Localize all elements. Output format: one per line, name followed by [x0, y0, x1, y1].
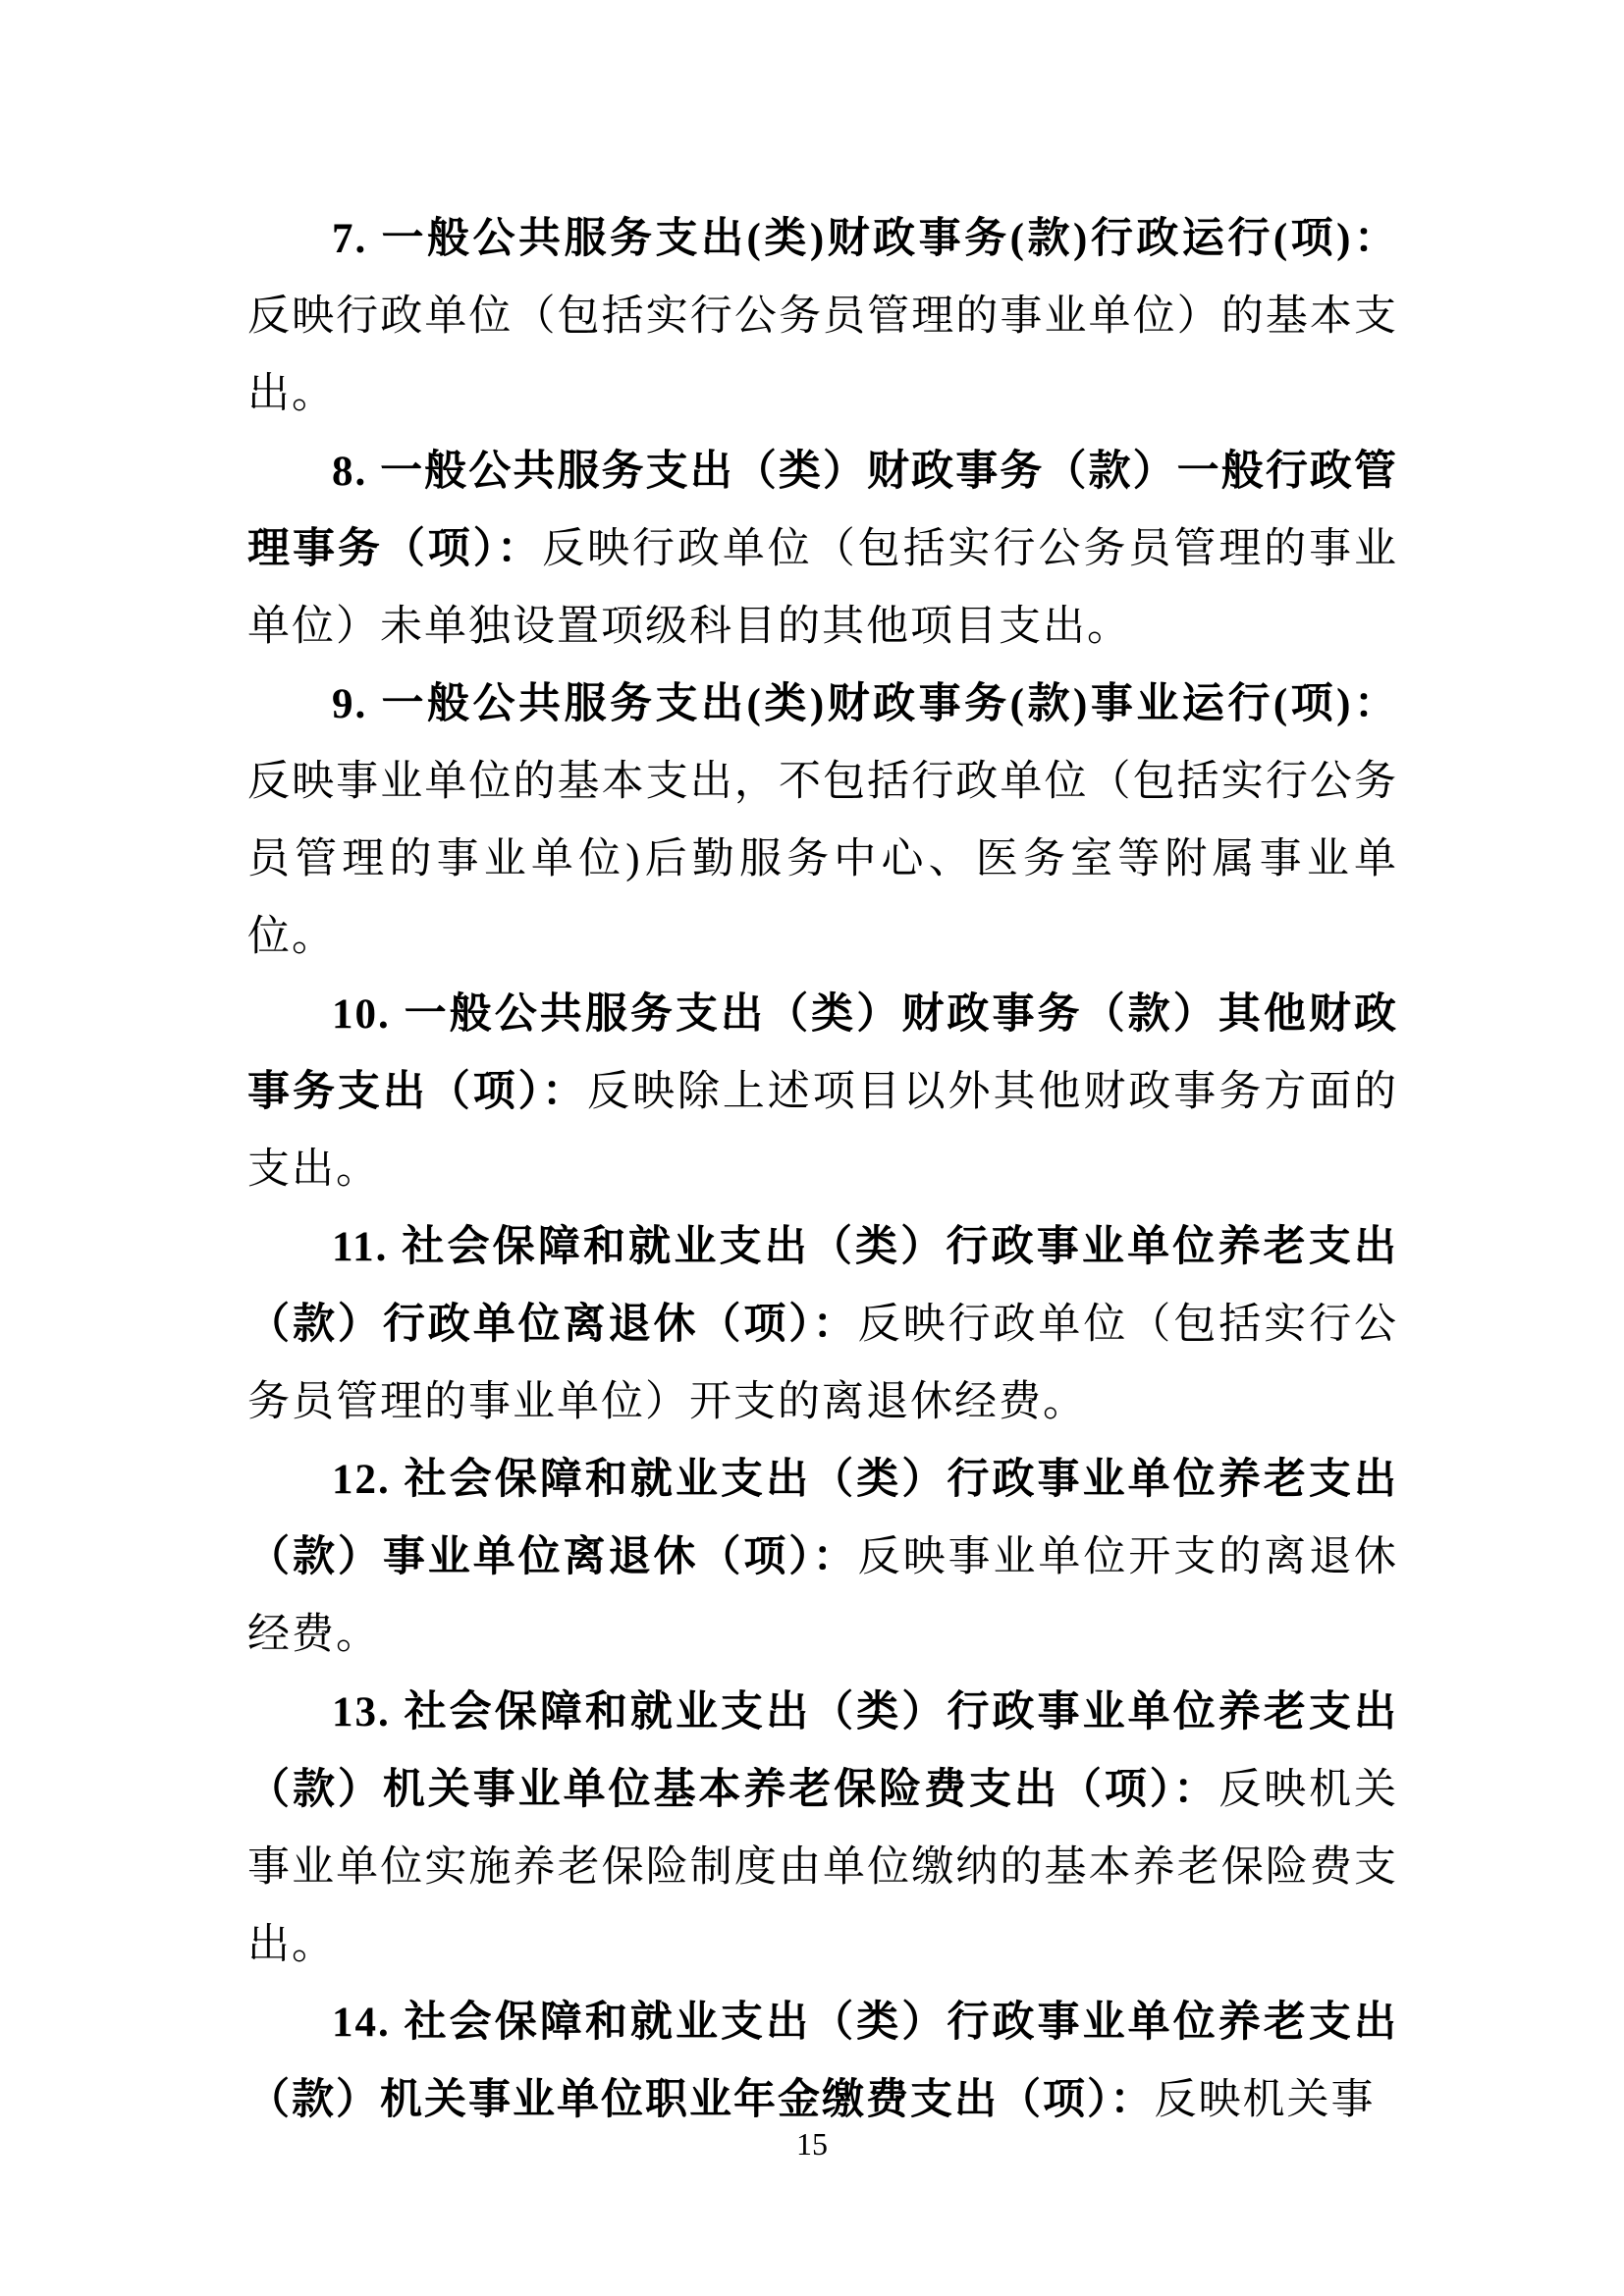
page-number: 15 [796, 2126, 828, 2162]
paragraph: 7. 一般公共服务支出(类)财政事务(款)行政运行(项)：反映行政单位（包括实行… [247, 200, 1398, 433]
paragraph-body: 反映机关事 [1155, 2077, 1376, 2123]
paragraph: 13. 社会保障和就业支出（类）行政事业单位养老支出（款）机关事业单位基本养老保… [247, 1674, 1398, 1984]
paragraph-body: 反映事业单位的基本支出，不包括行政单位（包括实行公务员管理的事业单位)后勤服务中… [247, 759, 1398, 960]
paragraph: 8. 一般公共服务支出（类）财政事务（款）一般行政管理事务（项）：反映行政单位（… [247, 433, 1398, 666]
paragraph: 9. 一般公共服务支出(类)财政事务(款)事业运行(项)：反映事业单位的基本支出… [247, 666, 1398, 976]
paragraph: 14. 社会保障和就业支出（类）行政事业单位养老支出（款）机关事业单位职业年金缴… [247, 1984, 1398, 2139]
paragraph-lead: 7. 一般公共服务支出(类)财政事务(款)行政运行(项)： [332, 216, 1398, 262]
paragraph-list: 7. 一般公共服务支出(类)财政事务(款)行政运行(项)：反映行政单位（包括实行… [247, 200, 1398, 2139]
paragraph-lead: 9. 一般公共服务支出(类)财政事务(款)事业运行(项)： [332, 681, 1398, 727]
paragraph: 10. 一般公共服务支出（类）财政事务（款）其他财政事务支出（项）：反映除上述项… [247, 976, 1398, 1208]
paragraph: 12. 社会保障和就业支出（类）行政事业单位养老支出（款）事业单位离退休（项）：… [247, 1441, 1398, 1674]
document-page: 7. 一般公共服务支出(类)财政事务(款)行政运行(项)：反映行政单位（包括实行… [0, 0, 1624, 2296]
paragraph: 11. 社会保障和就业支出（类）行政事业单位养老支出（款）行政单位离退休（项）：… [247, 1208, 1398, 1441]
paragraph-body: 反映行政单位（包括实行公务员管理的事业单位）的基本支出。 [247, 294, 1398, 417]
